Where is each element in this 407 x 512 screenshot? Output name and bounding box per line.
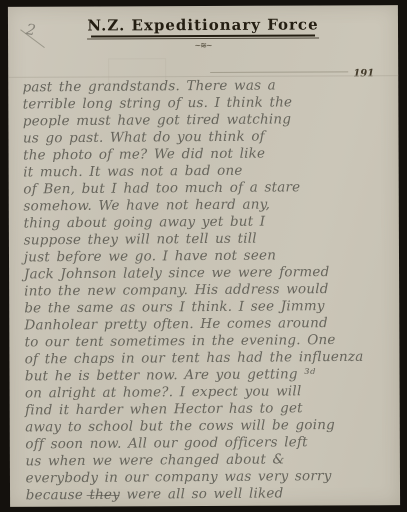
date-rule [210,71,348,73]
letterhead-ornament: ∼≋∼ [8,40,398,51]
letter-body: past the grandstands. There was aterribl… [22,77,399,505]
scan-background: 2 N.Z. Expeditionary Force ∼≋∼ 191 past … [0,0,407,512]
letterhead-rule-top [91,35,315,37]
letter-line: because t̶h̶e̶y̶ were all so well liked [26,484,400,504]
letter-page: 2 N.Z. Expeditionary Force ∼≋∼ 191 past … [8,5,400,507]
letter-line: of the chaps in our tent has had the inf… [25,348,399,368]
letterhead-rule-bottom [87,37,319,39]
letterhead-title: N.Z. Expeditionary Force [8,15,398,35]
